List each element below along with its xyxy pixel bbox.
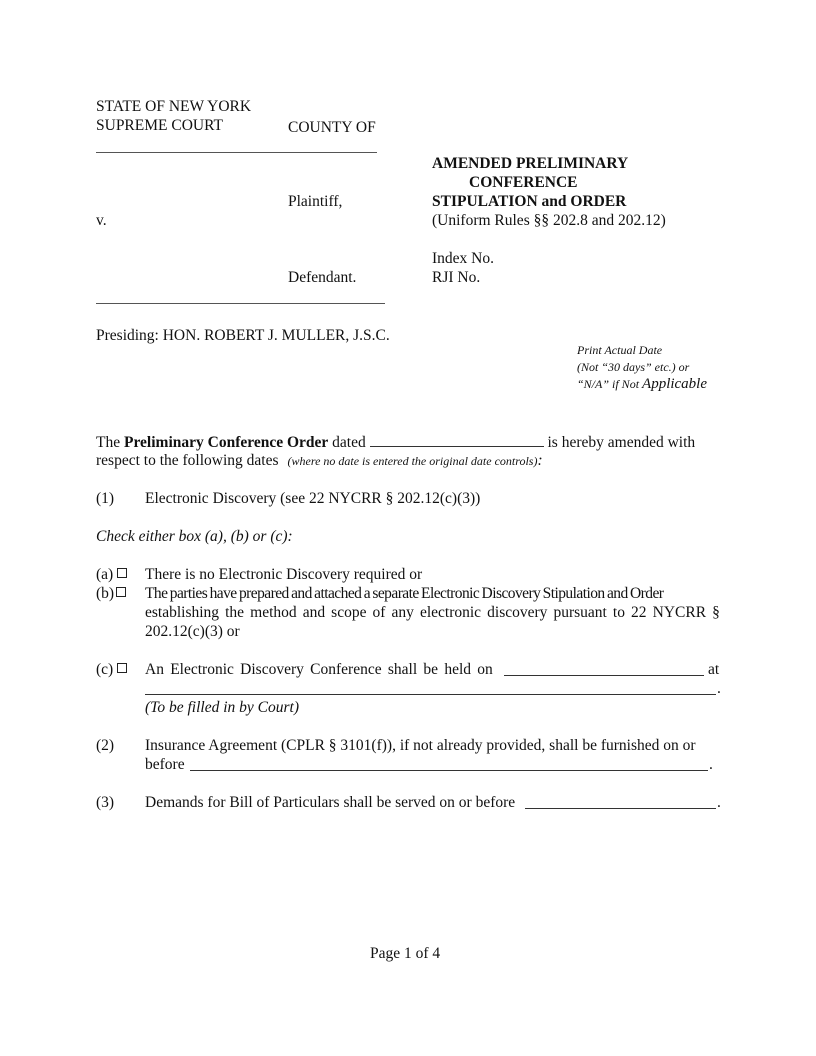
option-b-line-2: establishing the method and scope of any… (145, 603, 720, 622)
plaintiff-label: Plaintiff, (288, 192, 342, 211)
note-line-3: “N/A” if Not Applicable (577, 374, 707, 394)
option-b-checkbox[interactable] (116, 587, 126, 597)
uniform-rules-label: (Uniform Rules §§ 202.8 and 202.12) (432, 211, 666, 230)
option-a-label: (a) (96, 565, 127, 584)
option-c-text: An Electronic Discovery Conference shall… (145, 660, 493, 679)
title-line-3: STIPULATION and ORDER (432, 192, 626, 211)
note-line-1: Print Actual Date (577, 342, 662, 359)
index-no-label: Index No. (432, 249, 494, 268)
intro-note: (where no date is entered the original d… (288, 454, 538, 468)
option-b-line-3: 202.12(c)(3) or (145, 622, 240, 641)
rji-no-label: RJI No. (432, 268, 480, 287)
pco-title: Preliminary Conference Order (124, 434, 328, 451)
item-1-number: (1) (96, 489, 114, 508)
presiding-judge: Presiding: HON. ROBERT J. MULLER, J.S.C. (96, 326, 390, 345)
option-a-text: There is no Electronic Discovery require… (145, 565, 422, 584)
title-line-1: AMENDED PRELIMINARY (432, 154, 628, 173)
option-c-label: (c) (96, 660, 127, 679)
item-3-number: (3) (96, 793, 114, 812)
caption-bottom-rule (96, 303, 385, 304)
county-label: COUNTY OF (288, 118, 376, 137)
check-instruction: Check either box (a), (b) or (c): (96, 527, 293, 546)
option-a-checkbox[interactable] (117, 568, 127, 578)
item-2-line-1: Insurance Agreement (CPLR § 3101(f)), if… (145, 736, 696, 755)
intro-line-1: The Preliminary Conference Order dated i… (96, 432, 695, 452)
defendant-label: Defendant. (288, 268, 356, 287)
item-2-period: . (709, 755, 713, 774)
option-c-note: (To be filled in by Court) (145, 698, 299, 717)
bill-of-particulars-date-field[interactable] (525, 794, 716, 809)
versus-label: v. (96, 211, 107, 230)
option-c-checkbox[interactable] (117, 663, 127, 673)
intro-line-2: respect to the following dates(where no … (96, 451, 543, 471)
court-label: SUPREME COURT (96, 116, 223, 135)
option-b-line-1: The parties have prepared and attached a… (145, 584, 663, 603)
note-line-3a: “N/A” if Not (577, 377, 642, 391)
item-2-line-2: before (145, 755, 185, 774)
title-line-2: CONFERENCE (469, 173, 578, 192)
conference-date-field[interactable] (504, 661, 704, 676)
option-c-period: . (717, 679, 721, 698)
item-1-text: Electronic Discovery (see 22 NYCRR § 202… (145, 489, 480, 508)
item-3-text: Demands for Bill of Particulars shall be… (145, 793, 515, 812)
pco-date-field[interactable] (370, 432, 544, 447)
page-number: Page 1 of 4 (370, 944, 440, 963)
item-2-number: (2) (96, 736, 114, 755)
option-c-at: at (708, 660, 719, 679)
option-b-label: (b) (96, 584, 126, 603)
insurance-date-field[interactable] (190, 756, 708, 771)
item-3-period: . (717, 793, 721, 812)
caption-top-rule (96, 152, 377, 153)
conference-location-field[interactable] (145, 680, 716, 695)
state-label: STATE OF NEW YORK (96, 97, 251, 116)
note-line-3b: Applicable (642, 376, 707, 392)
